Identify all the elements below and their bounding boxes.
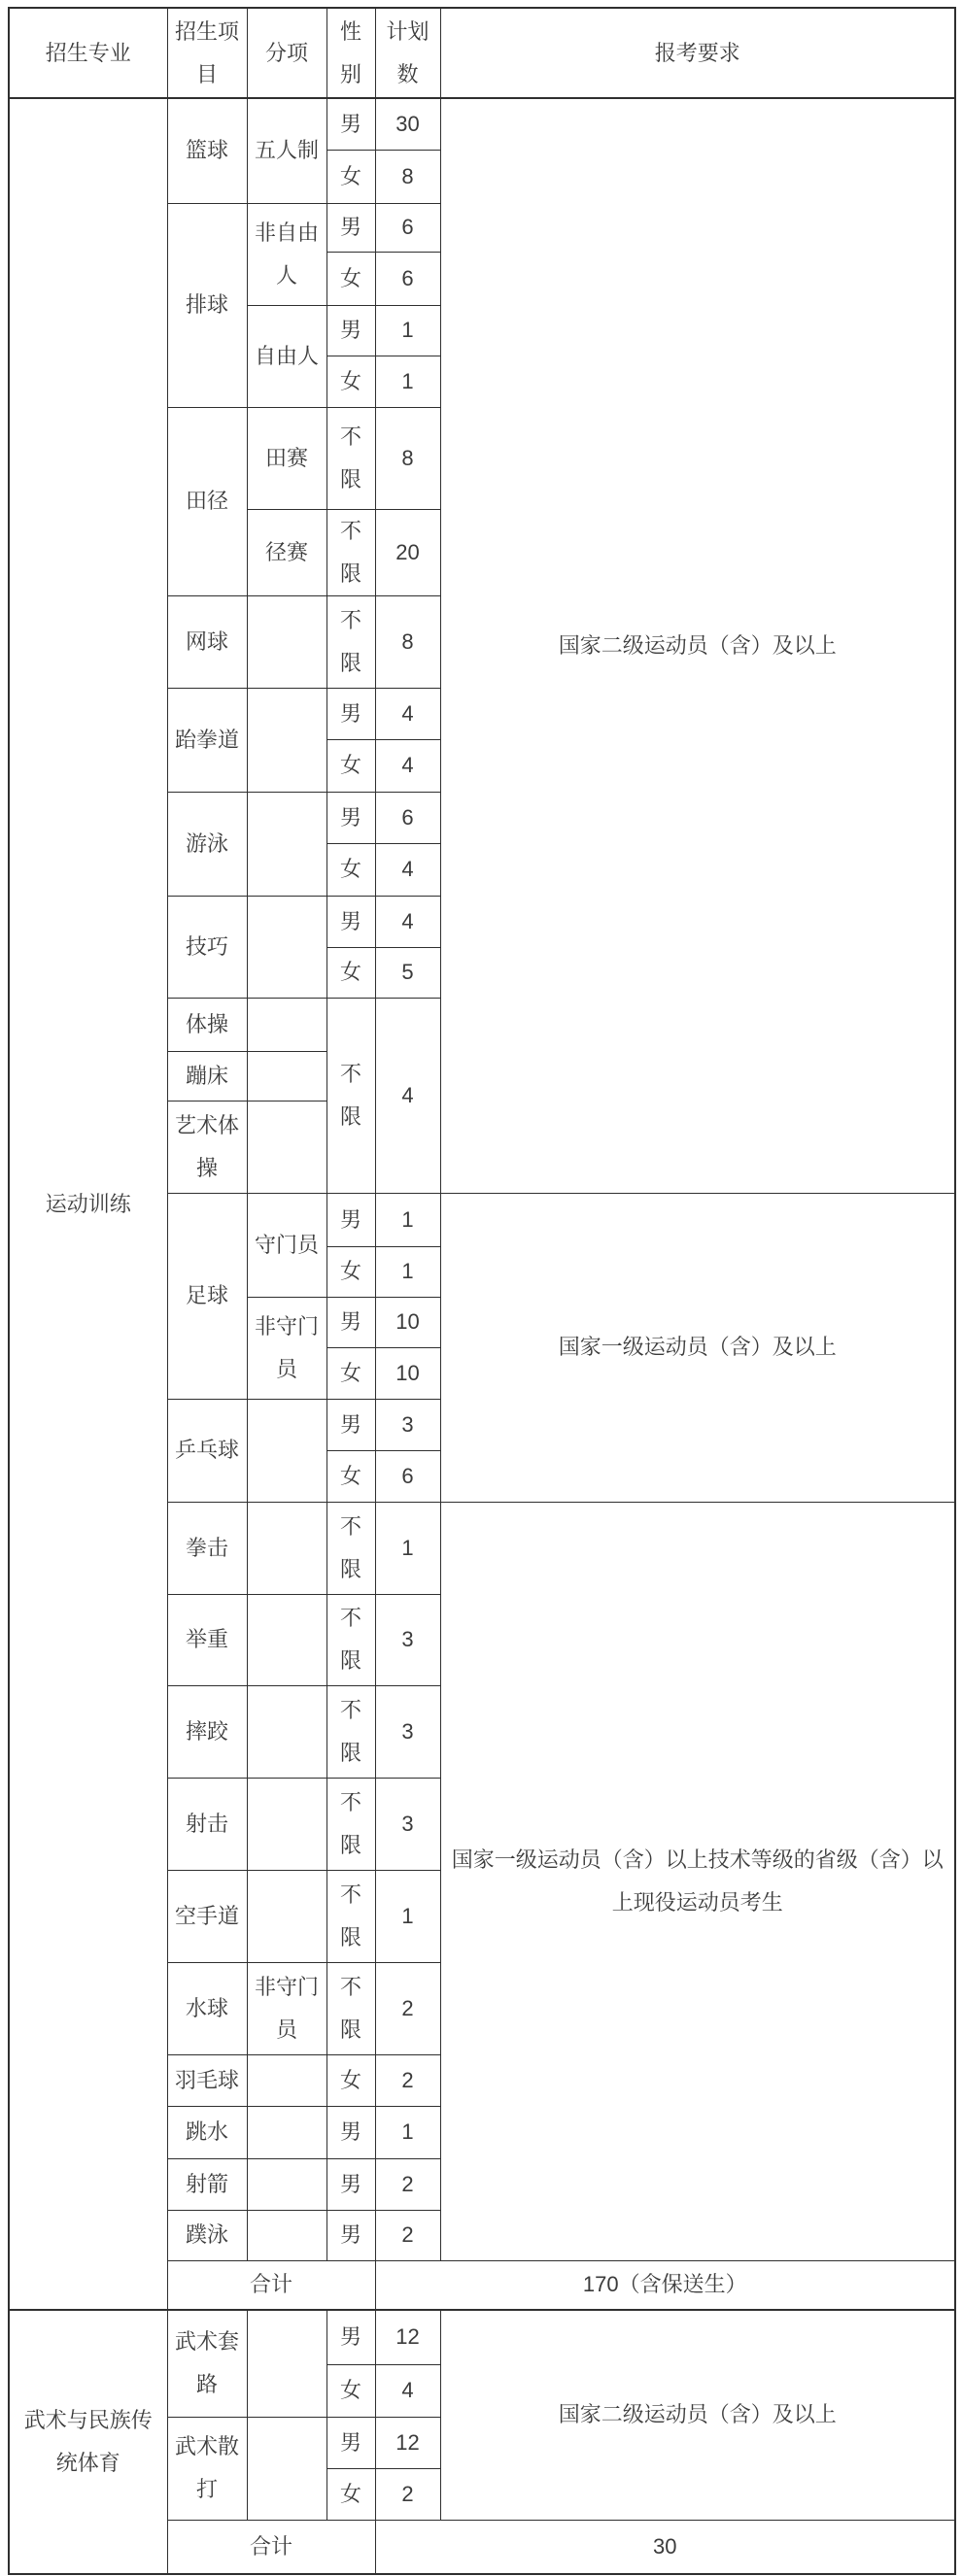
subitem-cell-empty (247, 1685, 326, 1778)
sport-cell-basketball: 篮球 (167, 98, 247, 203)
plan-cell: 4 (375, 688, 440, 739)
plan-cell: 1 (375, 1193, 440, 1246)
plan-cell: 1 (375, 1502, 440, 1594)
sport-cell-archery: 射箭 (167, 2158, 247, 2210)
plan-cell: 4 (375, 998, 440, 1193)
plan-cell: 3 (375, 1778, 440, 1870)
plan-cell: 4 (375, 896, 440, 947)
plan-cell: 4 (375, 739, 440, 792)
gender-cell: 男 (326, 305, 375, 356)
requirement-cell-1: 国家二级运动员（含）及以上 (440, 98, 955, 1193)
sport-cell-water-polo: 水球 (167, 1962, 247, 2054)
plan-cell: 5 (375, 947, 440, 998)
plan-cell: 2 (375, 2158, 440, 2210)
plan-cell: 4 (375, 2364, 440, 2417)
plan-cell: 2 (375, 1962, 440, 2054)
plan-cell: 6 (375, 252, 440, 305)
plan-cell: 4 (375, 843, 440, 896)
sport-cell-swimming: 游泳 (167, 792, 247, 896)
sport-cell-table-tennis: 乒乓球 (167, 1399, 247, 1502)
gender-cell: 不限 (326, 1594, 375, 1685)
sport-cell-karate: 空手道 (167, 1870, 247, 1962)
admissions-table: 招生专业 招生项目 分项 性别 计划数 报考要求 运动训练 篮球 五人制 男 3… (8, 7, 956, 2575)
subitem-cell-field-events: 田赛 (247, 407, 326, 509)
gender-cell: 不限 (326, 1962, 375, 2054)
requirement-cell-2: 国家一级运动员（含）及以上 (440, 1193, 955, 1502)
subitem-cell-empty (247, 896, 326, 998)
sport-cell-acrobatics: 技巧 (167, 896, 247, 998)
subitem-cell-empty (247, 1594, 326, 1685)
header-plan: 计划数 (375, 8, 440, 98)
header-requirement: 报考要求 (440, 8, 955, 98)
plan-cell: 1 (375, 2106, 440, 2158)
major-cell-sports-training: 运动训练 (9, 98, 167, 2310)
header-major: 招生专业 (9, 8, 167, 98)
plan-cell: 6 (375, 792, 440, 843)
subitem-cell-non-libero: 非自由人 (247, 203, 326, 305)
plan-cell: 3 (375, 1594, 440, 1685)
sport-cell-weightlifting: 举重 (167, 1594, 247, 1685)
sport-cell-gymnastics: 体操 (167, 998, 247, 1051)
sport-cell-badminton: 羽毛球 (167, 2054, 247, 2106)
gender-cell: 不限 (326, 998, 375, 1193)
sport-cell-wushu-taolu: 武术套路 (167, 2310, 247, 2417)
subitem-cell-goalkeeper: 守门员 (247, 1193, 326, 1297)
plan-cell: 30 (375, 98, 440, 150)
sport-cell-fin-swimming: 蹼泳 (167, 2210, 247, 2260)
plan-cell: 10 (375, 1347, 440, 1399)
total-value-cell: 30 (375, 2520, 955, 2574)
header-gender: 性别 (326, 8, 375, 98)
plan-cell: 12 (375, 2417, 440, 2468)
gender-cell: 男 (326, 688, 375, 739)
subitem-cell-empty (247, 1051, 326, 1101)
sport-cell-trampoline: 蹦床 (167, 1051, 247, 1101)
gender-cell: 女 (326, 739, 375, 792)
gender-cell: 女 (326, 947, 375, 998)
subitem-cell-empty (247, 792, 326, 896)
gender-cell: 不限 (326, 1870, 375, 1962)
total-label-cell: 合计 (167, 2260, 375, 2310)
subitem-cell-libero: 自由人 (247, 305, 326, 407)
subitem-cell-empty (247, 2310, 326, 2417)
subitem-cell-empty (247, 1778, 326, 1870)
table-row: 运动训练 篮球 五人制 男 30 国家二级运动员（含）及以上 (9, 98, 955, 150)
plan-cell: 2 (375, 2054, 440, 2106)
sport-cell-football: 足球 (167, 1193, 247, 1399)
plan-cell: 2 (375, 2210, 440, 2260)
subitem-cell-empty (247, 2106, 326, 2158)
plan-cell: 6 (375, 203, 440, 252)
subitem-cell-empty (247, 998, 326, 1051)
sport-cell-tennis: 网球 (167, 595, 247, 688)
sport-cell-rhythmic-gymnastics: 艺术体操 (167, 1101, 247, 1193)
plan-cell: 8 (375, 150, 440, 203)
plan-cell: 10 (375, 1297, 440, 1347)
gender-cell: 女 (326, 2364, 375, 2417)
plan-cell: 1 (375, 356, 440, 407)
gender-cell: 女 (326, 2468, 375, 2520)
sport-cell-volleyball: 排球 (167, 203, 247, 407)
subitem-cell-empty (247, 688, 326, 792)
subitem-cell-empty (247, 595, 326, 688)
plan-cell: 8 (375, 595, 440, 688)
gender-cell: 女 (326, 2054, 375, 2106)
gender-cell: 男 (326, 1399, 375, 1450)
gender-cell: 男 (326, 203, 375, 252)
sport-cell-diving: 跳水 (167, 2106, 247, 2158)
header-program: 招生项目 (167, 8, 247, 98)
sport-cell-athletics: 田径 (167, 407, 247, 595)
gender-cell: 男 (326, 2106, 375, 2158)
major-cell-wushu: 武术与民族传统体育 (9, 2310, 167, 2574)
gender-cell: 男 (326, 1297, 375, 1347)
subitem-cell-five-a-side: 五人制 (247, 98, 326, 203)
header-subitem: 分项 (247, 8, 326, 98)
gender-cell: 不限 (326, 1685, 375, 1778)
gender-cell: 男 (326, 1193, 375, 1246)
gender-cell: 男 (326, 2158, 375, 2210)
gender-cell: 女 (326, 843, 375, 896)
gender-cell: 男 (326, 2210, 375, 2260)
gender-cell: 不限 (326, 595, 375, 688)
plan-cell: 6 (375, 1450, 440, 1502)
sport-cell-wrestling: 摔跤 (167, 1685, 247, 1778)
gender-cell: 男 (326, 896, 375, 947)
subitem-cell-track-events: 径赛 (247, 509, 326, 595)
plan-cell: 20 (375, 509, 440, 595)
gender-cell: 女 (326, 356, 375, 407)
gender-cell: 男 (326, 2417, 375, 2468)
requirement-cell-4: 国家二级运动员（含）及以上 (440, 2310, 955, 2520)
subitem-cell-empty (247, 1101, 326, 1193)
gender-cell: 女 (326, 150, 375, 203)
total-value-cell: 170（含保送生） (375, 2260, 955, 2310)
sport-cell-wushu-sanda: 武术散打 (167, 2417, 247, 2520)
subitem-cell-empty (247, 2054, 326, 2106)
gender-cell: 男 (326, 98, 375, 150)
plan-cell: 3 (375, 1399, 440, 1450)
subitem-cell-non-goalkeeper: 非守门员 (247, 1962, 326, 2054)
plan-cell: 2 (375, 2468, 440, 2520)
subitem-cell-non-goalkeeper: 非守门员 (247, 1297, 326, 1399)
plan-cell: 12 (375, 2310, 440, 2364)
gender-cell: 女 (326, 1246, 375, 1297)
gender-cell: 男 (326, 792, 375, 843)
requirement-cell-3: 国家一级运动员（含）以上技术等级的省级（含）以上现役运动员考生 (440, 1502, 955, 2260)
subitem-cell-empty (247, 1399, 326, 1502)
subitem-cell-empty (247, 1502, 326, 1594)
subitem-cell-empty (247, 1870, 326, 1962)
plan-cell: 3 (375, 1685, 440, 1778)
plan-cell: 1 (375, 1246, 440, 1297)
sport-cell-boxing: 拳击 (167, 1502, 247, 1594)
gender-cell: 不限 (326, 509, 375, 595)
subitem-cell-empty (247, 2417, 326, 2520)
gender-cell: 女 (326, 1450, 375, 1502)
plan-cell: 8 (375, 407, 440, 509)
gender-cell: 女 (326, 252, 375, 305)
gender-cell: 男 (326, 2310, 375, 2364)
subitem-cell-empty (247, 2158, 326, 2210)
header-row: 招生专业 招生项目 分项 性别 计划数 报考要求 (9, 8, 955, 98)
subitem-cell-empty (247, 2210, 326, 2260)
plan-cell: 1 (375, 305, 440, 356)
sport-cell-taekwondo: 跆拳道 (167, 688, 247, 792)
gender-cell: 不限 (326, 1502, 375, 1594)
gender-cell: 不限 (326, 407, 375, 509)
table-row: 武术与民族传统体育 武术套路 男 12 国家二级运动员（含）及以上 (9, 2310, 955, 2364)
plan-cell: 1 (375, 1870, 440, 1962)
gender-cell: 不限 (326, 1778, 375, 1870)
sport-cell-shooting: 射击 (167, 1778, 247, 1870)
gender-cell: 女 (326, 1347, 375, 1399)
total-label-cell: 合计 (167, 2520, 375, 2574)
